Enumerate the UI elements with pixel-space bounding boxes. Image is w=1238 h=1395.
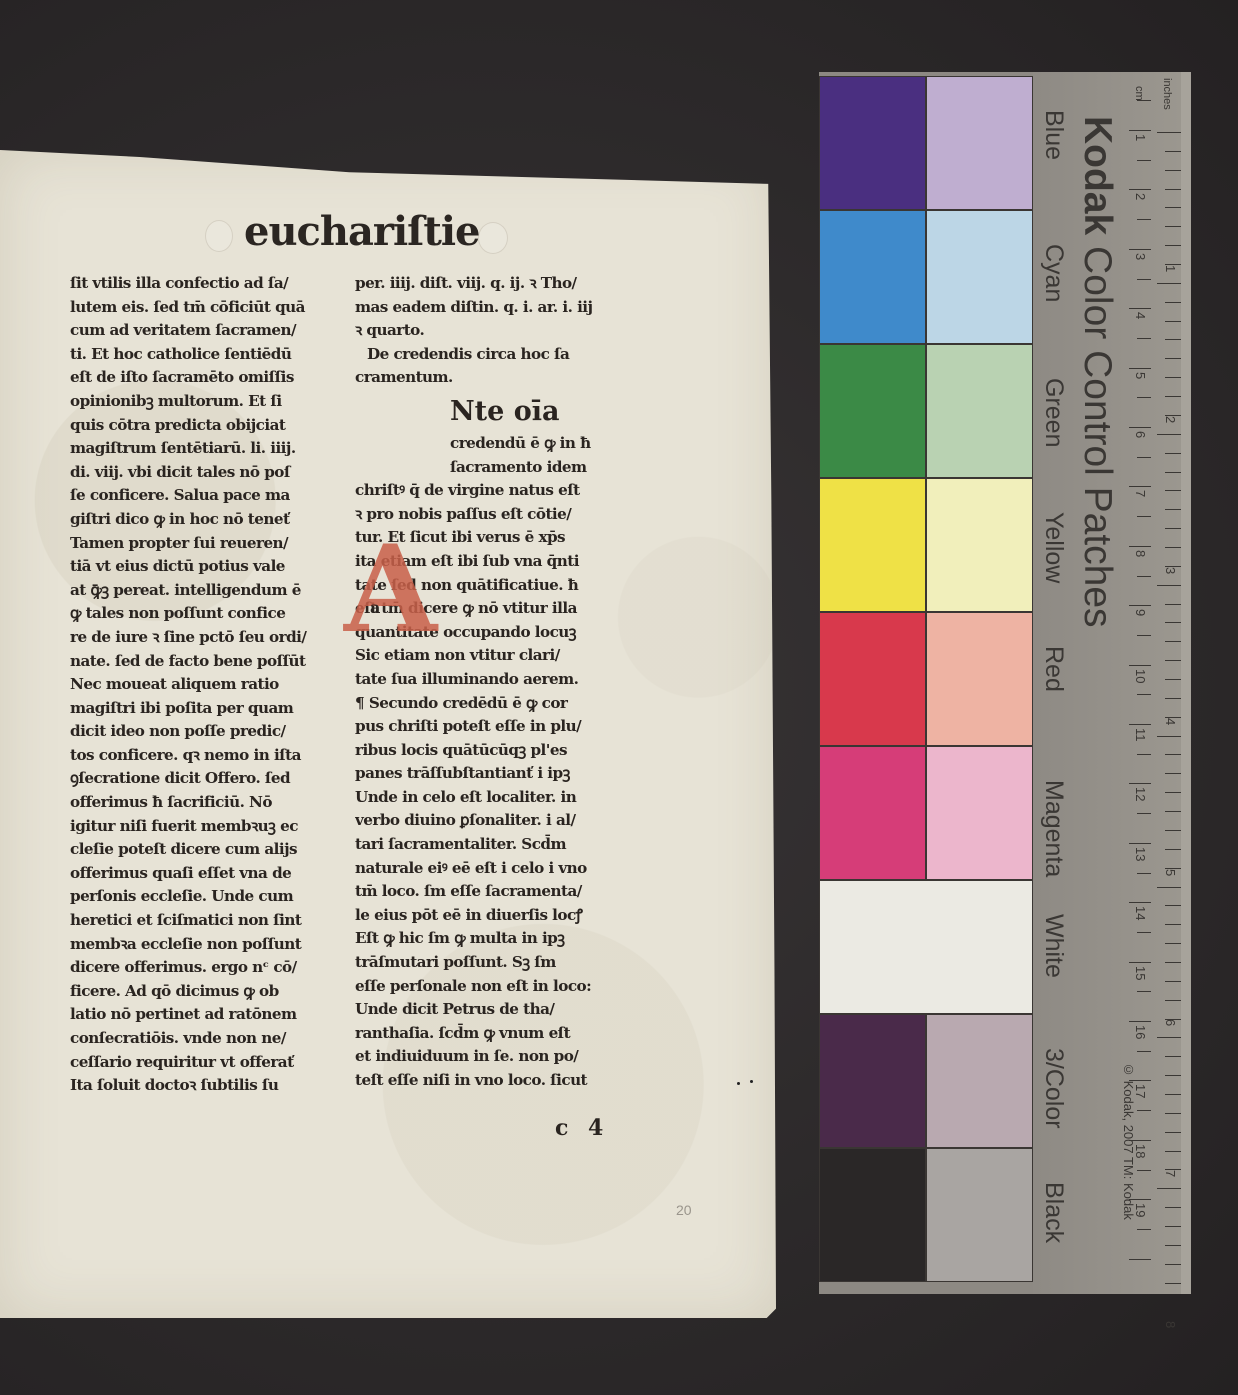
inch-tick (1165, 245, 1181, 246)
text-line: lutem eis. ſed tm̄ cōficiūt quā (70, 296, 352, 320)
cm-tick (1137, 873, 1151, 874)
text-line: Unde dicit Petrus de tha/ (355, 998, 627, 1022)
text-line: quis cōtra predicta obijciat (70, 414, 352, 438)
light-patch (926, 210, 1033, 344)
text-line: verbo diuino ꝑſonaliter. i al/ (355, 809, 627, 833)
cm-tick (1129, 902, 1151, 903)
cm-tick (1129, 1199, 1151, 1200)
patch-row-magenta (819, 746, 1033, 880)
cm-number: 5 (1133, 372, 1148, 379)
light-patch (926, 478, 1033, 612)
cm-number: 6 (1133, 431, 1148, 438)
light-patch (926, 344, 1033, 478)
inch-tick (1165, 321, 1181, 322)
left-column: ſit vtilis illa confectio ad ſa/lutem ei… (70, 272, 352, 1098)
text-line: Eſt ꝙ hic ſm ꝙ multa in ipꝫ (355, 927, 627, 951)
text-line: di. viij. vbi dicit tales nō poſ (70, 461, 352, 485)
cm-number: 18 (1133, 1144, 1148, 1158)
text-line: ¶ Secundo credēdū ē ꝙ cor (355, 692, 627, 716)
inch-tick (1165, 358, 1181, 359)
ruler-strip: Kodak Color Control Patches © Kodak, 200… (1033, 72, 1191, 1294)
text-line: tos conficere. qꝛ nemo in iſta (70, 744, 352, 768)
brand-name: Kodak (1076, 116, 1119, 235)
inch-tick (1165, 302, 1181, 303)
inch-tick (1165, 189, 1181, 190)
inch-tick (1165, 509, 1181, 510)
text-line: ꝙ tales non poſſunt confice (70, 602, 352, 626)
cm-tick (1137, 397, 1151, 398)
text-line: panes trāſſubſtantianť i ipꝫ (355, 762, 627, 786)
text-line: ſe conficere. Salua pace ma (70, 484, 352, 508)
text-line: Ita ſoluit doctoꝛ ſubtilis ſu (70, 1074, 352, 1098)
running-head: euchariſtie (244, 208, 479, 255)
text-line: tari ſacramentaliter. Scd̄m (355, 833, 627, 857)
patch-label: Black (1039, 1182, 1068, 1243)
cm-tick (1129, 783, 1151, 784)
inch-tick (1157, 1037, 1181, 1038)
inch-tick (1165, 1283, 1181, 1284)
cm-number: 2 (1133, 193, 1148, 200)
text-line: ceſſario requiritur vt offerať (70, 1051, 352, 1075)
cm-number: 14 (1133, 906, 1148, 920)
inch-tick (1157, 132, 1181, 133)
cm-number: 17 (1133, 1084, 1148, 1098)
wormhole (478, 222, 508, 254)
text-line: tm̄ loco. ſm eſſe ſacramenta/ (355, 880, 627, 904)
text-line: cleſie poteſt dicere cum alijs (70, 838, 352, 862)
text-line: ꝯſecratione dicit Offero. ſed (70, 767, 352, 791)
inch-tick (1165, 377, 1181, 378)
patch-label: Blue (1039, 110, 1068, 160)
patch-row-cyan (819, 210, 1033, 344)
inch-tick (1165, 1132, 1181, 1133)
text-line: et indiuiduum in ſe. non po/ (355, 1045, 627, 1069)
section-heading: De credendis circa hoc ſa (355, 343, 627, 367)
inch-tick (1165, 962, 1181, 963)
cm-tick (1129, 486, 1151, 487)
inch-number: 5 (1163, 869, 1178, 876)
cm-tick (1137, 457, 1151, 458)
text-line: ti. Et hoc catholice ſentiēdū (70, 343, 352, 367)
inch-number: 1 (1163, 265, 1178, 272)
inch-tick (1165, 226, 1181, 227)
inch-tick (1165, 1207, 1181, 1208)
inch-tick (1165, 849, 1181, 850)
cm-tick (1129, 546, 1151, 547)
patch-row-green (819, 344, 1033, 478)
cm-tick (1129, 724, 1151, 725)
speck (737, 1082, 740, 1085)
ruler-edge (1181, 72, 1191, 1294)
light-patch (926, 612, 1033, 746)
cm-tick (1129, 249, 1151, 250)
cm-number: 15 (1133, 966, 1148, 980)
cm-tick (1137, 635, 1151, 636)
cm-label: cm (1133, 86, 1145, 101)
inch-tick (1165, 1264, 1181, 1265)
cm-number: 1 (1133, 134, 1148, 141)
text-line: eſt de iſto ſacramēto omiſſis (70, 366, 352, 390)
cm-tick (1137, 279, 1151, 280)
text-line: opinionibꝫ multorum. Et ſi (70, 390, 352, 414)
right-column: per. iiij. diſt. viij. q. ij. ꝛ Tho/ mas… (355, 272, 627, 1093)
inch-tick (1165, 472, 1181, 473)
cm-number: 11 (1133, 728, 1148, 742)
text-line: ſacramento idem (355, 456, 627, 480)
inch-tick (1157, 585, 1181, 586)
text-line: Nec moueat aliquem ratio (70, 673, 352, 697)
cm-tick (1129, 665, 1151, 666)
inch-tick (1165, 924, 1181, 925)
cm-tick (1129, 427, 1151, 428)
cm-tick (1137, 516, 1151, 517)
inch-tick (1157, 434, 1181, 435)
color-patches (819, 72, 1035, 1294)
text-line: cum ad veritatem ſacramen/ (70, 319, 352, 343)
inch-number: 8 (1163, 1321, 1178, 1328)
guide-letter: a (370, 598, 380, 617)
inch-number: 7 (1163, 1170, 1178, 1177)
inch-tick (1165, 641, 1181, 642)
inch-tick (1165, 339, 1181, 340)
text-line: tate ſua illuminando aerem. (355, 668, 627, 692)
text-line: re de iure ꝛ ſine pctō ſeu ordi/ (70, 626, 352, 650)
cm-tick (1137, 932, 1151, 933)
cm-tick (1137, 1229, 1151, 1230)
inch-tick (1165, 1056, 1181, 1057)
text-line: pus chriſti poteſt eſſe in plu/ (355, 715, 627, 739)
text-line: ranthaſia. ſcd̄m ꝙ vnum eſt (355, 1022, 627, 1046)
text-line: ribus locis quātūcūqꝫ pl'es (355, 739, 627, 763)
text-line: Tamen propter ſui reueren/ (70, 532, 352, 556)
text-line: credendū ē ꝙ in ħ (355, 432, 627, 456)
dark-patch (819, 76, 926, 210)
text-line: magiſtrum ſentētiarū. li. iiij. (70, 437, 352, 461)
cm-tick (1129, 1021, 1151, 1022)
patch-label: Yellow (1039, 512, 1068, 583)
text-line: heretici et ſciſmatici non ſint (70, 909, 352, 933)
cm-tick (1137, 754, 1151, 755)
inch-tick (1165, 170, 1181, 171)
text-line: membꝛa eccleſie non poſſunt (70, 933, 352, 957)
cm-tick (1129, 130, 1151, 131)
dark-patch (819, 344, 926, 478)
inch-tick (1165, 754, 1181, 755)
pencil-folio-number: 20 (676, 1202, 692, 1218)
inch-tick (1165, 528, 1181, 529)
text-line: ꝛ quarto. (355, 319, 627, 343)
text-line: mas eadem diſtin. q. i. ar. i. iij (355, 296, 627, 320)
text-line: naturale eiꝰ eē eſt i celo i vno (355, 857, 627, 881)
cm-tick (1129, 605, 1151, 606)
inch-tick (1157, 887, 1181, 888)
cm-tick (1137, 813, 1151, 814)
inch-tick (1165, 151, 1181, 152)
text-line: trāſmutari poſſunt. Sꝫ ſm (355, 951, 627, 975)
inch-tick (1165, 660, 1181, 661)
cm-tick (1137, 1051, 1151, 1052)
patch-row-white (819, 880, 1033, 1014)
patch-label: Green (1039, 378, 1068, 447)
text-line: dicit ideo non poſſe predic/ (70, 720, 352, 744)
cm-tick (1137, 100, 1151, 101)
inch-tick (1165, 698, 1181, 699)
cm-tick (1129, 843, 1151, 844)
cm-tick (1129, 1080, 1151, 1081)
inch-tick (1165, 396, 1181, 397)
speck (750, 1080, 753, 1083)
text-line: igitur niſi fuerit membꝛuꝫ ec (70, 815, 352, 839)
cm-number: 19 (1133, 1203, 1148, 1217)
cm-number: 3 (1133, 253, 1148, 260)
inch-tick (1165, 1151, 1181, 1152)
cm-tick (1129, 368, 1151, 369)
inch-number: 4 (1163, 718, 1178, 725)
text-line: chriſtꝰ q̄ de virgine natus eſt (355, 479, 627, 503)
patch-label: White (1039, 914, 1068, 978)
inch-tick (1165, 1000, 1181, 1001)
text-line: le eius pōt eē in diuerſis locꝭ (355, 904, 627, 928)
inch-tick (1157, 1188, 1181, 1189)
cm-tick (1129, 1140, 1151, 1141)
patch-row-black (819, 1148, 1033, 1282)
patch-row-red (819, 612, 1033, 746)
inch-tick (1165, 622, 1181, 623)
inch-number: 6 (1163, 1019, 1178, 1026)
incipit: Nte oīa (355, 392, 627, 432)
text-line: nate. ſed de facto bene poſſūt (70, 650, 352, 674)
inch-tick (1165, 830, 1181, 831)
text-line: offerimus quaſi eſſet vna de (70, 862, 352, 886)
inch-tick (1165, 207, 1181, 208)
cm-tick (1137, 694, 1151, 695)
inch-tick (1165, 1245, 1181, 1246)
patch-label: 3/Color (1039, 1048, 1068, 1129)
cm-number: 4 (1133, 312, 1148, 319)
text-line: ſit vtilis illa confectio ad ſa/ (70, 272, 352, 296)
inch-tick (1165, 490, 1181, 491)
light-patch (926, 1014, 1033, 1148)
patch-label: Magenta (1039, 780, 1068, 877)
cm-tick (1129, 1259, 1151, 1260)
dark-patch (819, 746, 926, 880)
cm-tick (1137, 160, 1151, 161)
inch-tick (1165, 981, 1181, 982)
target-subtitle: Color Control Patches (1076, 246, 1119, 628)
cm-tick (1137, 1110, 1151, 1111)
text-line: perſonis eccleſie. Unde cum (70, 885, 352, 909)
target-title: Kodak Color Control Patches (1075, 116, 1119, 628)
inch-number: 3 (1163, 567, 1178, 574)
patch-row-blue (819, 76, 1033, 210)
cm-tick (1129, 308, 1151, 309)
inch-tick (1165, 943, 1181, 944)
text-line: eſſe perſonale non eſt in loco: (355, 975, 627, 999)
inch-tick (1165, 1094, 1181, 1095)
cm-number: 8 (1133, 550, 1148, 557)
text-line: magiſtri ibi poſita per quam (70, 697, 352, 721)
cm-number: 7 (1133, 490, 1148, 497)
cm-tick (1129, 189, 1151, 190)
text-line: giſtri dico ꝙ in hoc nō teneť (70, 508, 352, 532)
inch-tick (1165, 679, 1181, 680)
wormhole (205, 220, 233, 252)
text-line: per. iiij. diſt. viij. q. ij. ꝛ Tho/ (355, 272, 627, 296)
section-heading: cramentum. (355, 366, 627, 390)
text-line: tiā vt eius dictū potius vale (70, 555, 352, 579)
inch-tick (1165, 773, 1181, 774)
inch-tick (1165, 1226, 1181, 1227)
inch-tick (1157, 283, 1181, 284)
patch-label: Cyan (1039, 244, 1068, 302)
patch-row-yellow (819, 478, 1033, 612)
text-line: dicere offerimus. ergo nᶜ cō/ (70, 956, 352, 980)
patch-row-3-color (819, 1014, 1033, 1148)
dark-patch (819, 1148, 926, 1282)
white-patch (819, 880, 1033, 1014)
text-line: Unde in celo eſt localiter. in (355, 786, 627, 810)
inch-tick (1165, 1113, 1181, 1114)
inch-tick (1165, 905, 1181, 906)
light-patch (926, 746, 1033, 880)
inch-tick (1157, 736, 1181, 737)
inch-tick (1165, 547, 1181, 548)
dark-patch (819, 478, 926, 612)
inch-tick (1165, 792, 1181, 793)
text-line: teſt eſſe niſi in vno loco. ſicut (355, 1069, 627, 1093)
cm-tick (1137, 219, 1151, 220)
rubricated-initial: A (344, 530, 434, 650)
cm-number: 9 (1133, 609, 1148, 616)
inch-number: 2 (1163, 416, 1178, 423)
cm-tick (1137, 1170, 1151, 1171)
dark-patch (819, 1014, 926, 1148)
dark-patch (819, 210, 926, 344)
light-patch (926, 1148, 1033, 1282)
inch-label: inches (1161, 78, 1173, 110)
dark-patch (819, 612, 926, 746)
text-line: offerimus ħ ſacrificiū. Nō (70, 791, 352, 815)
text-line: at ꝙ̄ꝫ pereat. intelligendum ē (70, 579, 352, 603)
text-line: conſecratiōis. vnde non ne/ (70, 1027, 352, 1051)
light-patch (926, 76, 1033, 210)
cm-number: 13 (1133, 847, 1148, 861)
kodak-color-target: Kodak Color Control Patches © Kodak, 200… (819, 72, 1191, 1294)
cm-number: 10 (1133, 669, 1148, 683)
cm-tick (1137, 991, 1151, 992)
inch-tick (1165, 453, 1181, 454)
inch-tick (1165, 1075, 1181, 1076)
cm-number: 12 (1133, 787, 1148, 801)
cm-number: 16 (1133, 1025, 1148, 1039)
cm-tick (1137, 576, 1151, 577)
patch-label: Red (1039, 646, 1068, 692)
inch-tick (1165, 811, 1181, 812)
incunable-leaf: euchariſtie ſit vtilis illa confectio ad… (0, 150, 776, 1318)
cm-tick (1129, 962, 1151, 963)
text-line: latio nō pertinet ad ratōnem (70, 1003, 352, 1027)
text-line: ficere. Ad qō dicimus ꝙ ob (70, 980, 352, 1004)
inch-tick (1165, 604, 1181, 605)
cm-tick (1137, 338, 1151, 339)
signature-mark: c 4 (555, 1115, 609, 1141)
